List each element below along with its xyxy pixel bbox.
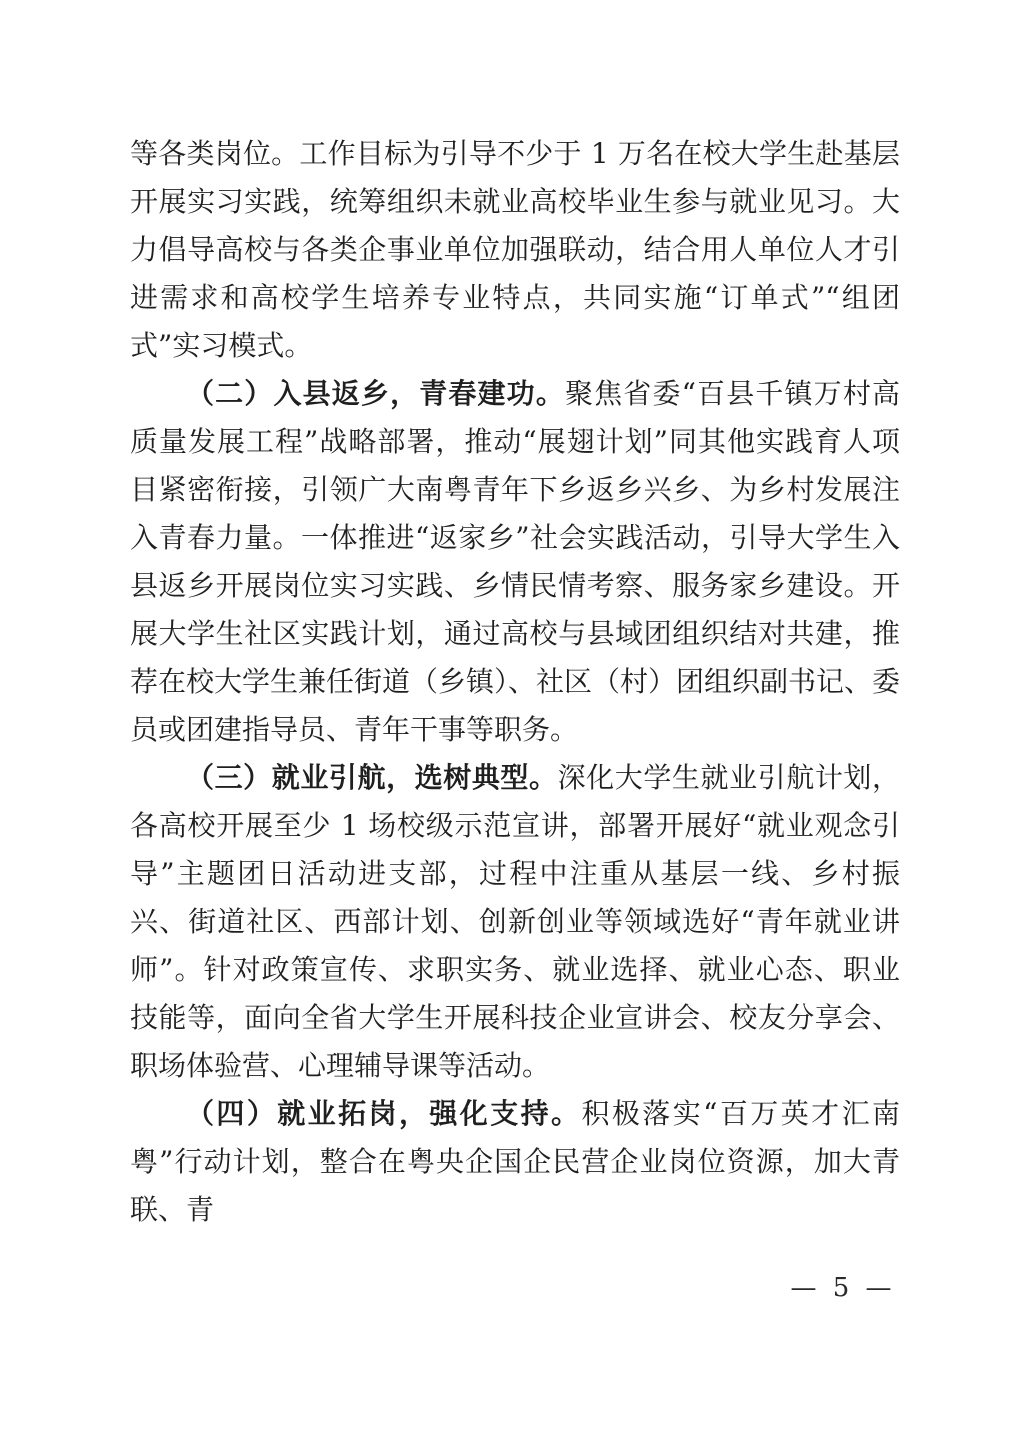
paragraph-lead: （二）入县返乡，青春建功。 [186, 377, 565, 410]
paragraph-text: 深化大学生就业引航计划，各高校开展至少 1 场校级示范宣讲，部署开展好“就业观念… [130, 761, 900, 1082]
paragraph-lead: （四）就业拓岗，强化支持。 [186, 1097, 581, 1130]
paragraph-section-3: （三）就业引航，选树典型。深化大学生就业引航计划，各高校开展至少 1 场校级示范… [130, 754, 900, 1090]
paragraph-text: 等各类岗位。工作目标为引导不少于 1 万名在校大学生赴基层开展实习实践，统筹组织… [130, 137, 900, 362]
document-page: 等各类岗位。工作目标为引导不少于 1 万名在校大学生赴基层开展实习实践，统筹组织… [0, 0, 1024, 1448]
paragraph-section-4: （四）就业拓岗，强化支持。积极落实“百万英才汇南粤”行动计划，整合在粤央企国企民… [130, 1090, 900, 1234]
paragraph-lead: （三）就业引航，选树典型。 [186, 761, 558, 794]
paragraph-section-2: （二）入县返乡，青春建功。聚焦省委“百县千镇万村高质量发展工程”战略部署，推动“… [130, 370, 900, 754]
paragraph-intro-continued: 等各类岗位。工作目标为引导不少于 1 万名在校大学生赴基层开展实习实践，统筹组织… [130, 130, 900, 370]
page-number: — 5 — [758, 1272, 928, 1304]
paragraph-text: 聚焦省委“百县千镇万村高质量发展工程”战略部署，推动“展翅计划”同其他实践育人项… [130, 377, 900, 746]
document-body: 等各类岗位。工作目标为引导不少于 1 万名在校大学生赴基层开展实习实践，统筹组织… [130, 130, 900, 1234]
